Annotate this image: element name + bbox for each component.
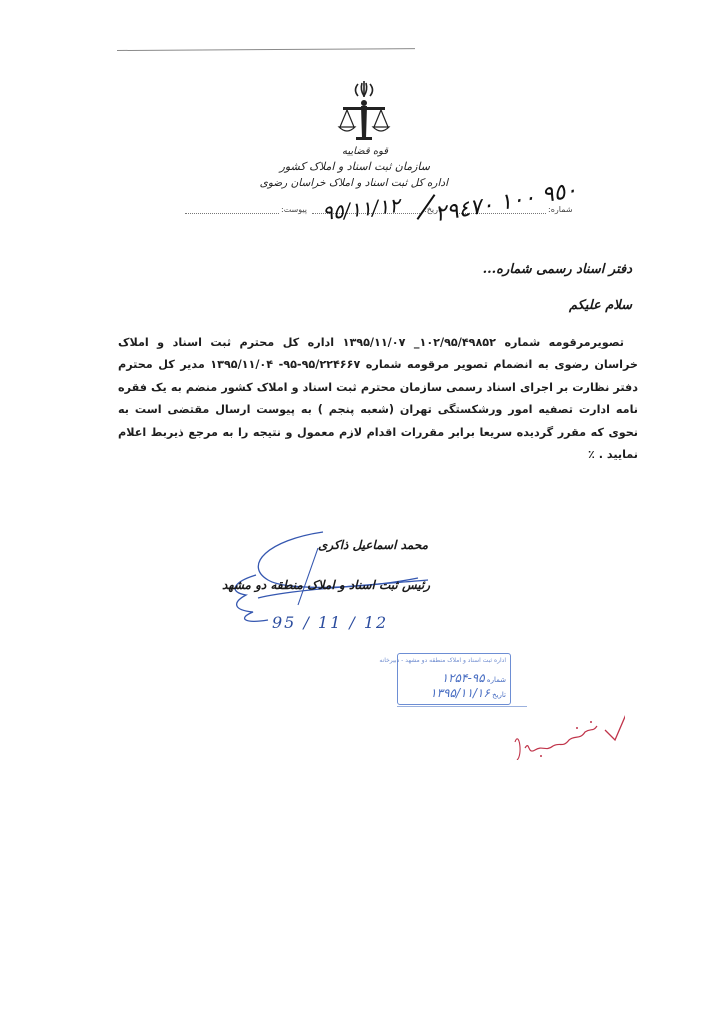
letter-date-value: ٩٥/١١/١٢ <box>321 193 401 225</box>
body-paragraph: تصویرمرقومه شماره ۱۰۲/۹۵/۴۹۸۵۲_ ۱۳۹۵/۱۱/… <box>118 332 638 466</box>
stamp-title: اداره ثبت اسناد و املاک منطقه دو مشهد - … <box>379 657 506 664</box>
recipient-line: دفتر اسناد رسمی شماره... <box>483 262 632 277</box>
stamp-number-row: شماره ۹۵-۱۲۵۴ <box>442 671 506 685</box>
red-handwritten-note-icon <box>505 700 625 760</box>
signatory-title: رئیس ثبت اسناد و املاک منطقه دو مشهد <box>222 578 430 592</box>
letterhead-organization: سازمان ثبت اسناد و املاک کشور <box>290 160 430 173</box>
judiciary-emblem-icon <box>336 80 392 142</box>
stamp-number-label: شماره <box>487 676 506 684</box>
letterhead-department: اداره کل ثبت اسناد و املاک خراسان رضوی <box>278 177 448 189</box>
stamp-date-value: ۱۳۹۵/۱۱/۱۶ <box>430 686 490 700</box>
page-top-edge <box>117 48 415 51</box>
signature-date: 95 / 11 / 12 <box>272 613 388 632</box>
letterhead-judiciary: قوه قضاییه <box>330 146 400 157</box>
greeting-line: سلام علیکم <box>569 298 632 313</box>
attachment-label: پیوست: <box>281 205 307 214</box>
stamp-date-row: تاریخ ۱۳۹۵/۱۱/۱۶ <box>430 686 506 700</box>
attachment-dotted-line <box>185 213 279 214</box>
registry-stamp: اداره ثبت اسناد و املاک منطقه دو مشهد - … <box>397 653 511 705</box>
stamp-date-label: تاریخ <box>492 691 506 699</box>
signatory-name: محمد اسماعیل ذاکری <box>318 538 428 552</box>
signature-block: محمد اسماعیل ذاکری رئیس ثبت اسناد و املا… <box>228 520 448 650</box>
letter-body: تصویرمرقومه شماره ۱۰۲/۹۵/۴۹۸۵۲_ ۱۳۹۵/۱۱/… <box>118 332 638 466</box>
letter-number-value: ٩٥٠ ١٠٠ ٢٩٤٧٠ <box>433 178 579 228</box>
stamp-number-value: ۹۵-۱۲۵۴ <box>442 671 485 685</box>
